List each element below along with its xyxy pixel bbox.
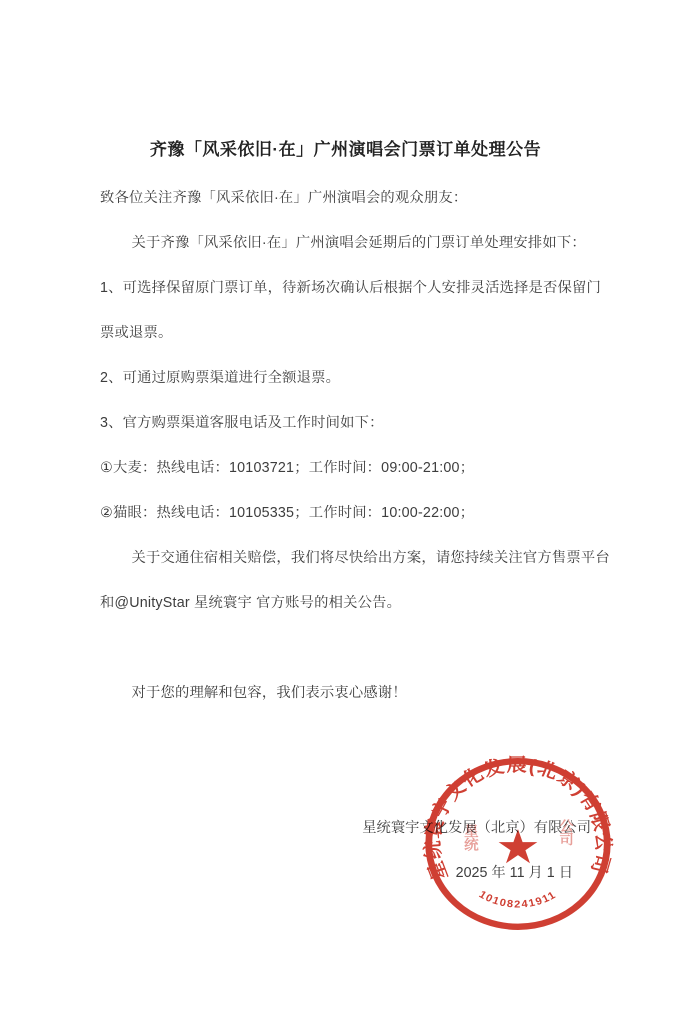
document-body: 致各位关注齐豫「风采依旧·在」广州演唱会的观众朋友：关于齐豫「风采依旧·在」广州… bbox=[100, 176, 591, 716]
document-line: ①大麦：热线电话：10103721；工作时间：09:00-21:00； bbox=[100, 446, 591, 491]
document-content: 齐豫「风采依旧·在」广州演唱会门票订单处理公告 致各位关注齐豫「风采依旧·在」广… bbox=[100, 124, 591, 896]
document-line: 关于齐豫「风采依旧·在」广州演唱会延期后的门票订单处理安排如下： bbox=[100, 221, 591, 266]
document-line: 致各位关注齐豫「风采依旧·在」广州演唱会的观众朋友： bbox=[100, 176, 591, 221]
signature-date: 2025 年 11 月 1 日 bbox=[100, 851, 591, 896]
signature-block: 星统寰宇文化发展（北京）有限公司 2025 年 11 月 1 日 bbox=[100, 806, 591, 896]
announcement-document: 齐豫「风采依旧·在」广州演唱会门票订单处理公告 致各位关注齐豫「风采依旧·在」广… bbox=[0, 0, 690, 1017]
document-line: 3、官方购票渠道客服电话及工作时间如下： bbox=[100, 401, 591, 446]
document-line bbox=[100, 626, 591, 671]
signature-company: 星统寰宇文化发展（北京）有限公司 bbox=[100, 806, 591, 851]
document-line: 关于交通住宿相关赔偿，我们将尽快给出方案，请您持续关注官方售票平台 bbox=[100, 536, 591, 581]
document-line: 和@UnityStar 星统寰宇 官方账号的相关公告。 bbox=[100, 581, 591, 626]
document-line: ②猫眼：热线电话：10105335；工作时间：10:00-22:00； bbox=[100, 491, 591, 536]
document-line: 对于您的理解和包容，我们表示衷心感谢！ bbox=[100, 671, 591, 716]
document-line: 2、可通过原购票渠道进行全额退票。 bbox=[100, 356, 591, 401]
page-title: 齐豫「风采依旧·在」广州演唱会门票订单处理公告 bbox=[100, 124, 591, 176]
document-line: 票或退票。 bbox=[100, 311, 591, 356]
document-line: 1、可选择保留原门票订单，待新场次确认后根据个人安排灵活选择是否保留门 bbox=[100, 266, 591, 311]
